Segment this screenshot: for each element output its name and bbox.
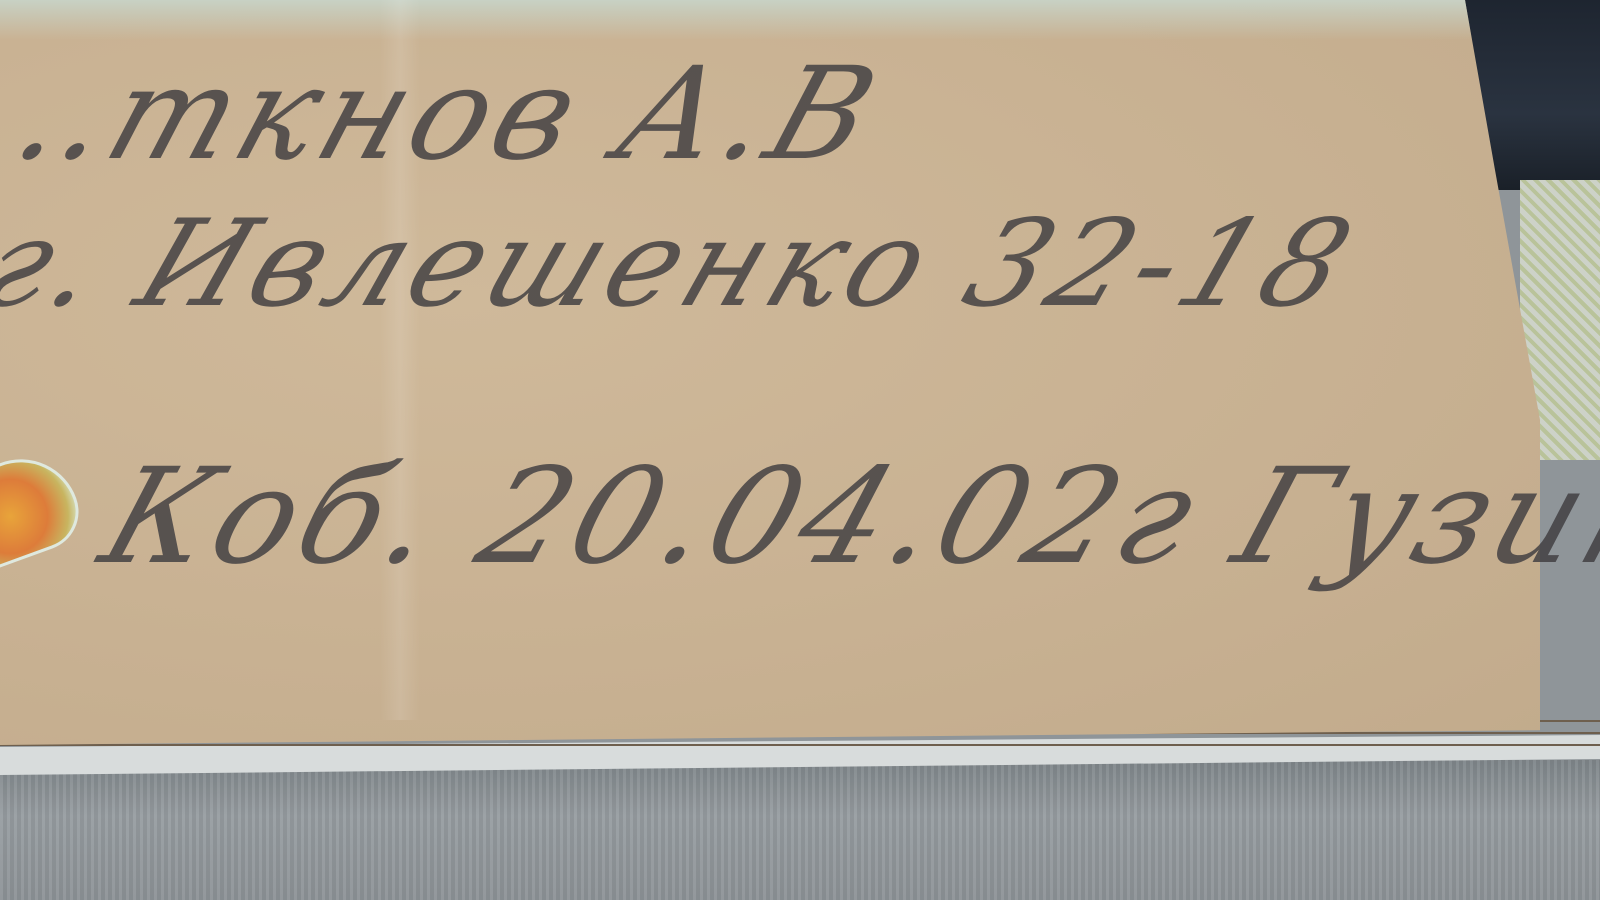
- carpet-background: [0, 760, 1600, 900]
- handwritten-name-line: …ткнов А.В: [0, 40, 898, 189]
- paper-sheet-edge: [0, 744, 1600, 756]
- handwritten-address-line: г. Ивлешенко 32-18: [0, 195, 1374, 334]
- handwritten-date-signature-line: Коб. 20.04.02г Гузик: [85, 440, 1600, 594]
